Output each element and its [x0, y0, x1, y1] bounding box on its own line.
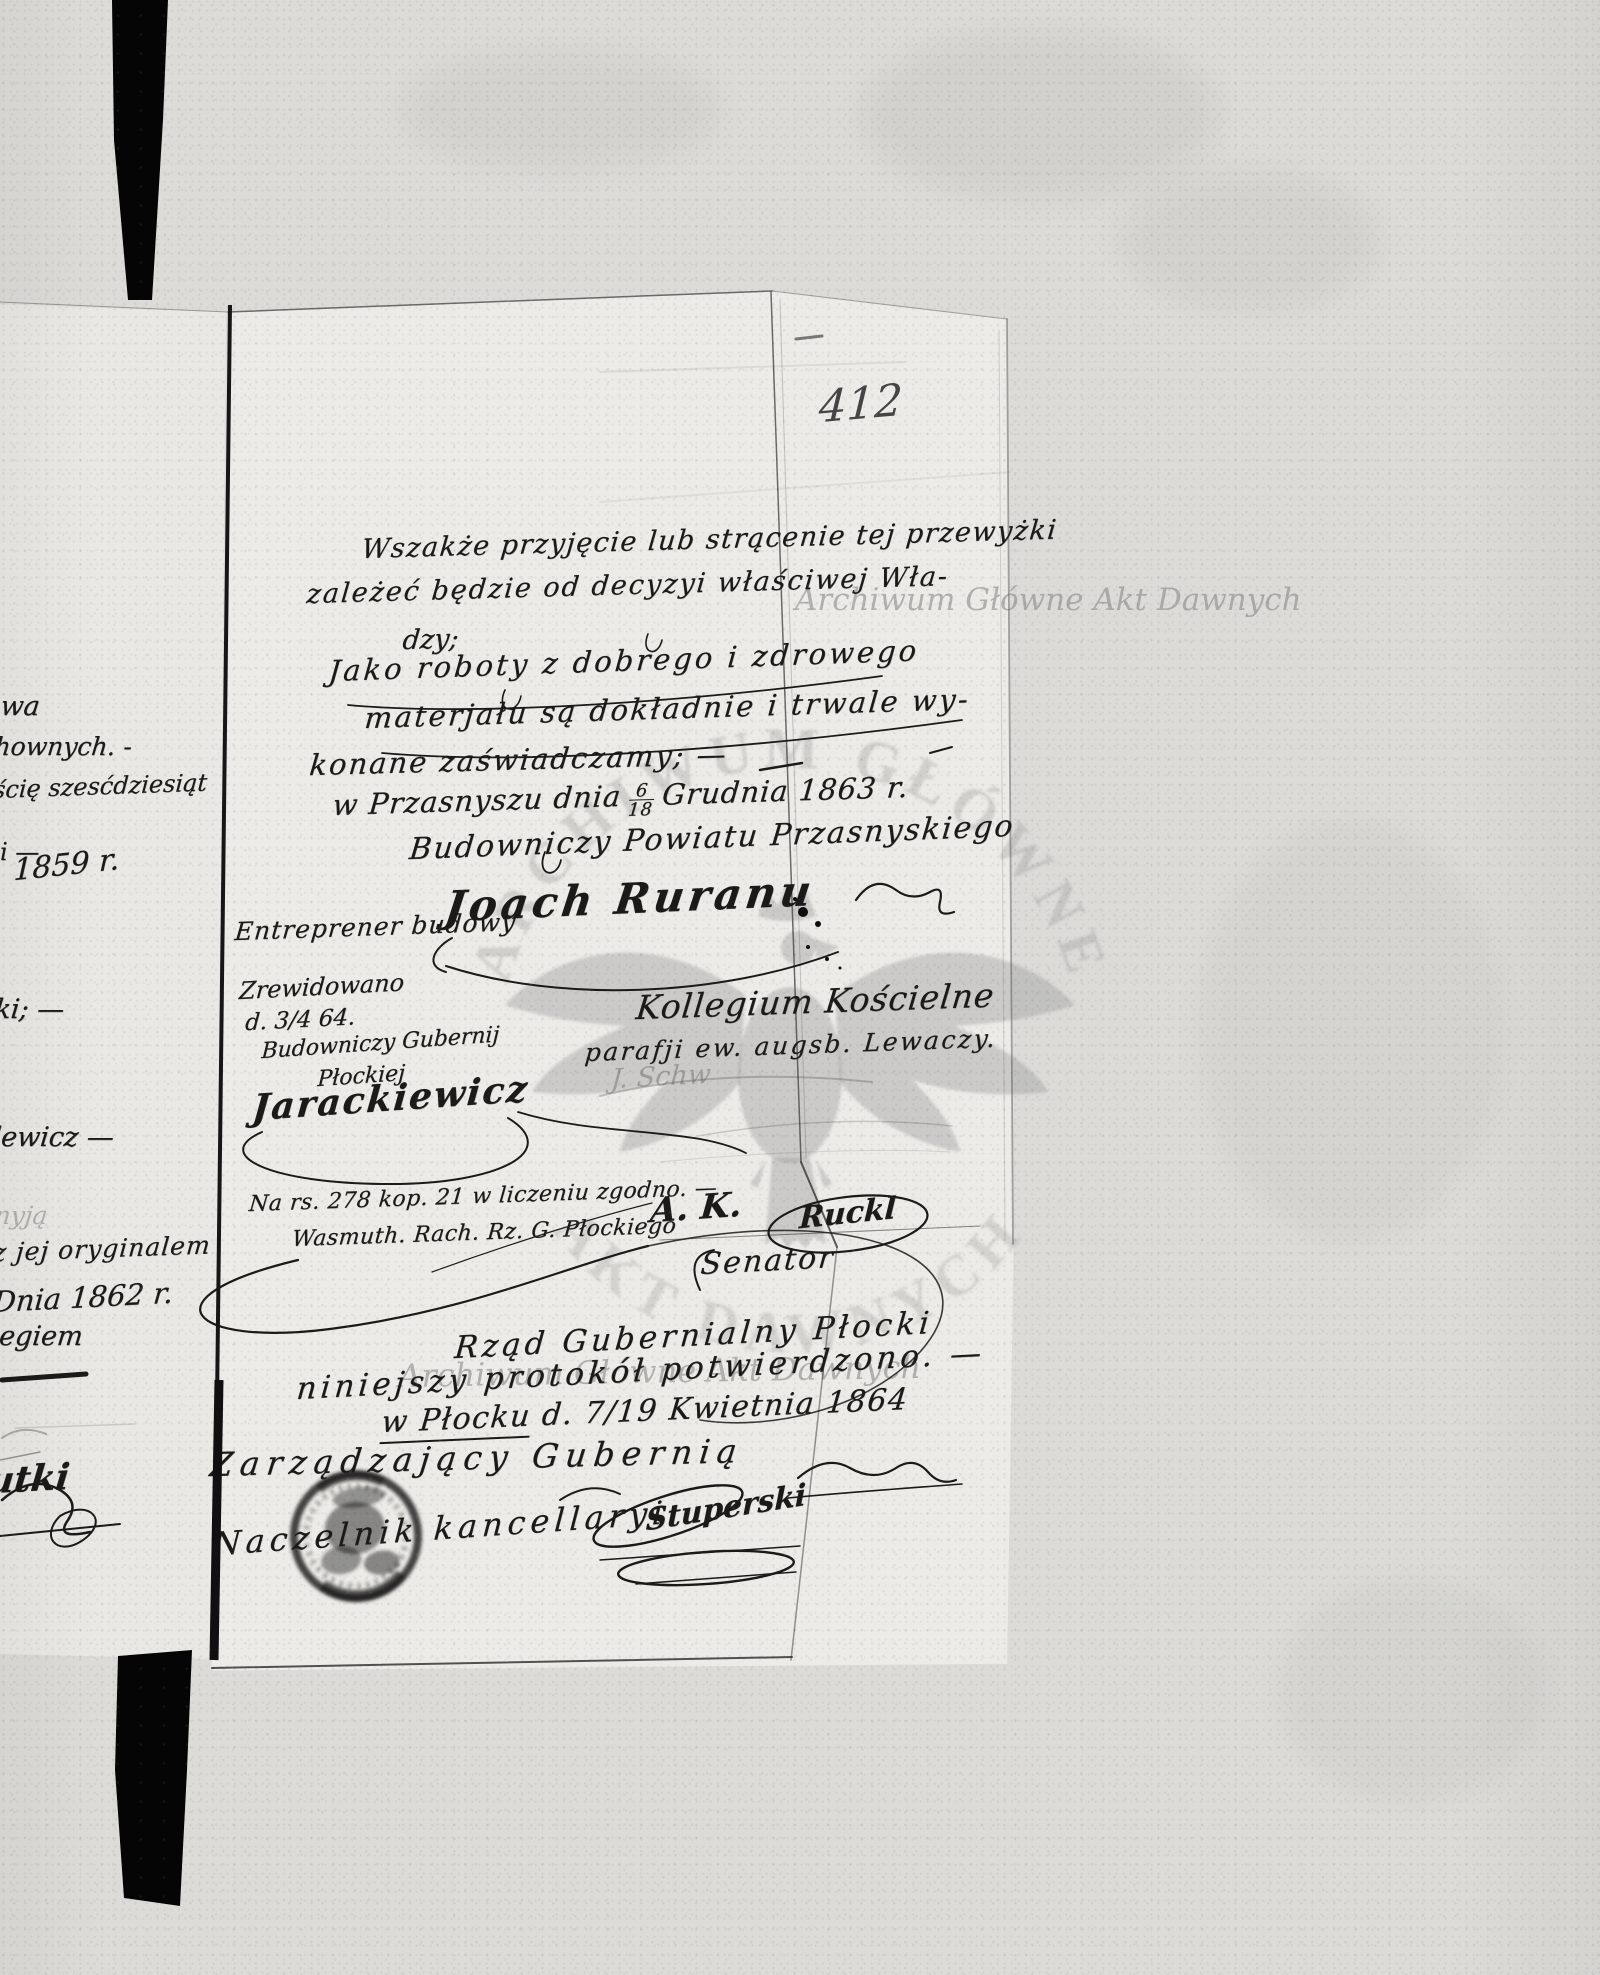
top-spine-gap — [112, 0, 168, 300]
bottom-spine-gap — [115, 1650, 192, 1906]
archival-document-scan: ARCHIWUM GŁÓWNE AKT DAWNYCH — [0, 0, 1600, 1975]
spine-shadow-layer — [0, 0, 1600, 1975]
